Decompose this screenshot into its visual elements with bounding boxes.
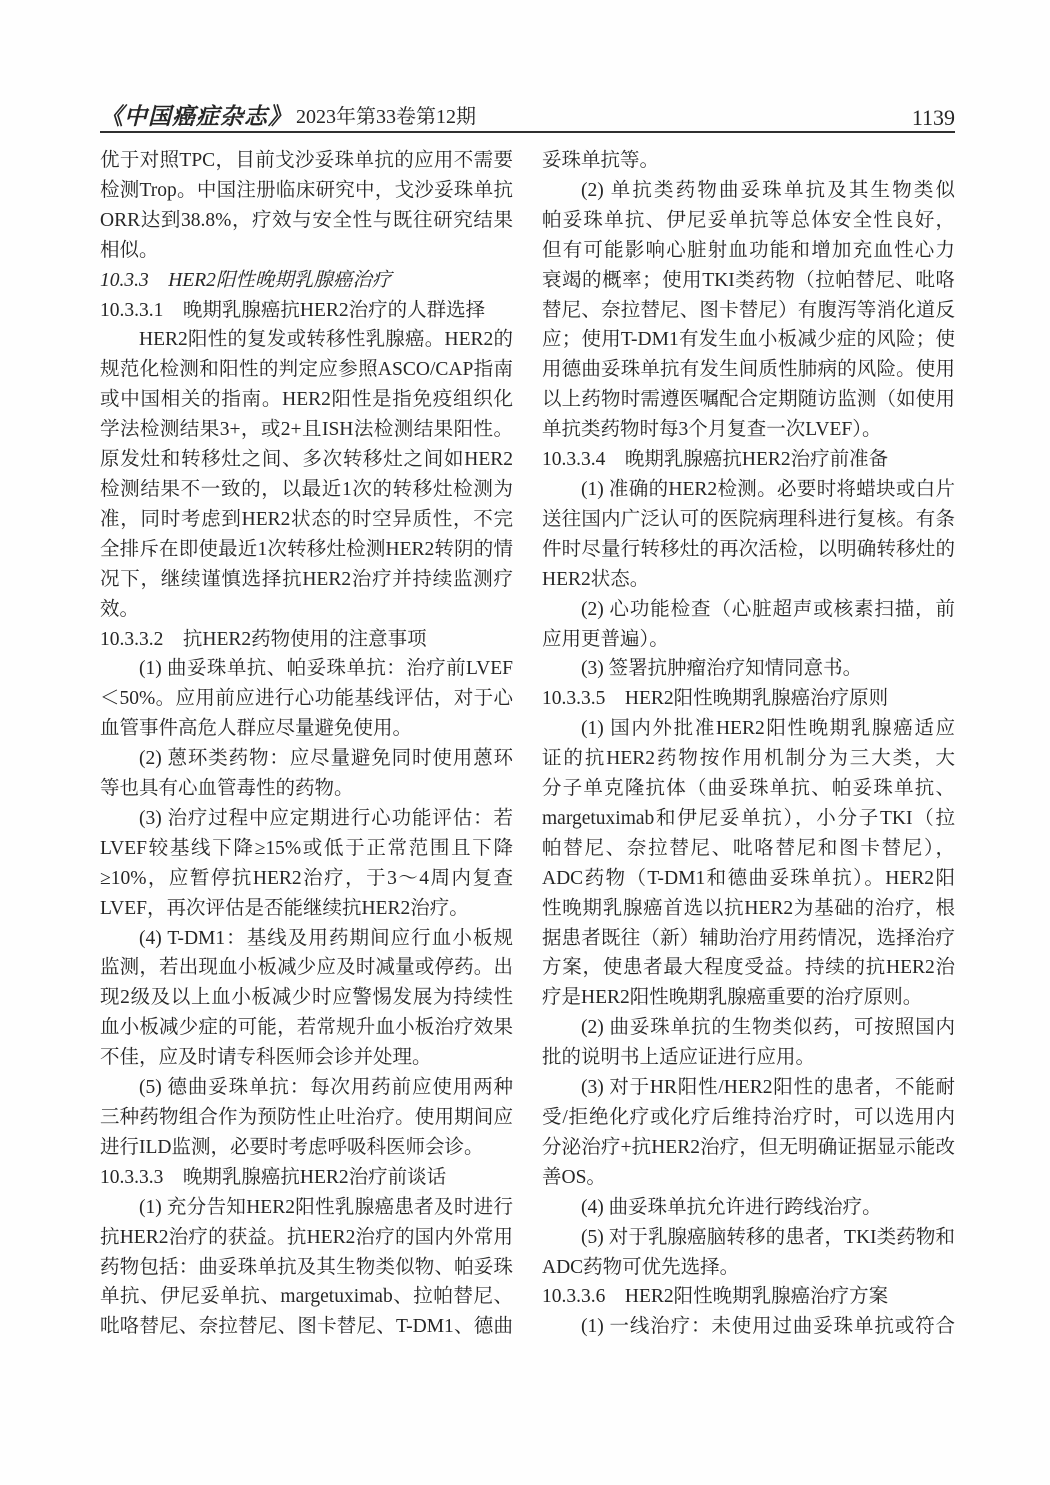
text-line: 况下，继续谨慎选择抗HER2治疗并持续监测疗: [100, 565, 513, 595]
text-line: ADC药物（T-DM1和德曲妥珠单抗）。HER2阳: [542, 864, 955, 894]
text-line: 方案，使患者最大程度受益。持续的抗HER2治: [542, 953, 955, 983]
text-line: ≥10%，应暂停抗HER2治疗，于3～4周内复查: [100, 864, 513, 894]
text-line: 相似。: [100, 236, 513, 266]
text-line: 件时尽量行转移灶的再次活检，以明确转移灶的: [542, 535, 955, 565]
text-line: 帕妥珠单抗、伊尼妥单抗等总体安全性良好，: [542, 206, 955, 236]
text-line: (2) 心功能检查（心脏超声或核素扫描，前者: [542, 595, 955, 625]
text-line: 准，同时考虑到HER2状态的时空异质性，不完: [100, 505, 513, 535]
text-line: 抗HER2治疗的获益。抗HER2治疗的国内外常用: [100, 1223, 513, 1253]
section-heading: 10.3.3.4 晚期乳腺癌抗HER2治疗前准备: [542, 445, 955, 475]
text-line: 妥珠单抗等。: [542, 146, 955, 176]
text-line: margetuximab和伊尼妥单抗），小分子TKI（拉: [542, 804, 955, 834]
text-line: (2) 单抗类药物曲妥珠单抗及其生物类似物、: [542, 176, 955, 206]
text-line: 应用更普遍）。: [542, 625, 955, 655]
text-line: LVEF较基线下降≥15%或低于正常范围且下降: [100, 834, 513, 864]
text-line: 衰竭的概率；使用TKI类药物（拉帕替尼、吡咯: [542, 266, 955, 296]
text-line: 帕替尼、奈拉替尼、吡咯替尼和图卡替尼），: [542, 834, 955, 864]
text-line: 证的抗HER2药物按作用机制分为三大类，大: [542, 744, 955, 774]
text-line: (1) 准确的HER2检测。必要时将蜡块或白片: [542, 475, 955, 505]
text-line: 进行ILD监测，必要时考虑呼吸科医师会诊。: [100, 1133, 513, 1163]
section-heading: 10.3.3.3 晚期乳腺癌抗HER2治疗前谈话: [100, 1163, 513, 1193]
column-left: 优于对照TPC，目前戈沙妥珠单抗的应用不需要检测Trop。中国注册临床研究中，戈…: [100, 146, 513, 1342]
text-line: 替尼、奈拉替尼、图卡替尼）有腹泻等消化道反: [542, 296, 955, 326]
text-line: 批的说明书上适应证进行应用。: [542, 1043, 955, 1073]
text-line: 善OS。: [542, 1163, 955, 1193]
text-line: (4) T-DM1：基线及用药期间应行血小板规范: [100, 924, 513, 954]
text-line: 检测结果不一致的，以最近1次的转移灶检测为: [100, 475, 513, 505]
journal-page: 《中国癌症杂志》 2023年第33卷第12期 1139 优于对照TPC，目前戈沙…: [0, 0, 1050, 1485]
text-line: 但有可能影响心脏射血功能和增加充血性心力: [542, 236, 955, 266]
text-line: 应；使用T-DM1有发生血小板减少症的风险；使: [542, 325, 955, 355]
text-line: 三种药物组合作为预防性止吐治疗。使用期间应: [100, 1103, 513, 1133]
text-line: 不佳，应及时请专科医师会诊并处理。: [100, 1043, 513, 1073]
text-line: 用德曲妥珠单抗有发生间质性肺病的风险。使用: [542, 355, 955, 385]
text-line: 性晚期乳腺癌首选以抗HER2为基础的治疗，根: [542, 894, 955, 924]
section-heading: 10.3.3.6 HER2阳性晚期乳腺癌治疗方案: [542, 1282, 955, 1312]
text-line: ADC药物可优先选择。: [542, 1253, 955, 1283]
text-line: 以上药物时需遵医嘱配合定期随访监测（如使用: [542, 385, 955, 415]
text-line: ＜50%。应用前应进行心功能基线评估，对于心: [100, 684, 513, 714]
text-line: LVEF，再次评估是否能继续抗HER2治疗。: [100, 894, 513, 924]
text-line: 分子单克隆抗体（曲妥珠单抗、帕妥珠单抗、: [542, 774, 955, 804]
text-line: 原发灶和转移灶之间、多次转移灶之间如HER2: [100, 445, 513, 475]
section-heading: 10.3.3.1 晚期乳腺癌抗HER2治疗的人群选择: [100, 296, 513, 326]
text-line: 全排斥在即使最近1次转移灶检测HER2转阴的情: [100, 535, 513, 565]
text-line: 受/拒绝化疗或化疗后维持治疗时，可以选用内: [542, 1103, 955, 1133]
text-line: (2) 蒽环类药物：应尽量避免同时使用蒽环类: [100, 744, 513, 774]
column-right: 妥珠单抗等。(2) 单抗类药物曲妥珠单抗及其生物类似物、帕妥珠单抗、伊尼妥单抗等…: [542, 146, 955, 1342]
text-line: 血管事件高危人群应尽量避免使用。: [100, 714, 513, 744]
text-line: 规范化检测和阳性的判定应参照ASCO/CAP指南: [100, 355, 513, 385]
text-line: HER2状态。: [542, 565, 955, 595]
text-line: (3) 对于HR阳性/HER2阳性的患者，不能耐: [542, 1073, 955, 1103]
section-heading: 10.3.3.5 HER2阳性晚期乳腺癌治疗原则: [542, 684, 955, 714]
text-line: (1) 国内外批准HER2阳性晚期乳腺癌适应: [542, 714, 955, 744]
text-line: (4) 曲妥珠单抗允许进行跨线治疗。: [542, 1193, 955, 1223]
text-line: HER2阳性的复发或转移性乳腺癌。HER2的: [100, 325, 513, 355]
text-line: (5) 对于乳腺癌脑转移的患者，TKI类药物和: [542, 1223, 955, 1253]
text-line: 检测Trop。中国注册临床研究中，戈沙妥珠单抗: [100, 176, 513, 206]
text-line: (1) 曲妥珠单抗、帕妥珠单抗：治疗前LVEF: [100, 654, 513, 684]
text-line: 优于对照TPC，目前戈沙妥珠单抗的应用不需要: [100, 146, 513, 176]
text-line: 疗是HER2阳性晚期乳腺癌重要的治疗原则。: [542, 983, 955, 1013]
text-line: 学法检测结果3+，或2+且ISH法检测结果阳性。: [100, 415, 513, 445]
text-line: 分泌治疗+抗HER2治疗，但无明确证据显示能改: [542, 1133, 955, 1163]
page-header: 《中国癌症杂志》 2023年第33卷第12期 1139: [100, 100, 955, 133]
text-line: 或中国相关的指南。HER2阳性是指免疫组织化: [100, 385, 513, 415]
text-line: 血小板减少症的可能，若常规升血小板治疗效果: [100, 1013, 513, 1043]
section-heading: 10.3.3 HER2阳性晚期乳腺癌治疗: [100, 266, 513, 296]
text-line: (5) 德曲妥珠单抗：每次用药前应使用两种或: [100, 1073, 513, 1103]
text-line: 药物包括：曲妥珠单抗及其生物类似物、帕妥珠: [100, 1253, 513, 1283]
text-line: 监测，若出现血小板减少应及时减量或停药。出: [100, 953, 513, 983]
text-line: 等也具有心血管毒性的药物。: [100, 774, 513, 804]
page-number: 1139: [912, 106, 955, 129]
section-heading: 10.3.3.2 抗HER2药物使用的注意事项: [100, 625, 513, 655]
text-line: (3) 签署抗肿瘤治疗知情同意书。: [542, 654, 955, 684]
text-line: 吡咯替尼、奈拉替尼、图卡替尼、T-DM1、德曲: [100, 1312, 513, 1342]
journal-title: 《中国癌症杂志》: [100, 105, 292, 129]
text-line: 据患者既往（新）辅助治疗用药情况，选择治疗: [542, 924, 955, 954]
text-line: 单抗类药物时每3个月复查一次LVEF）。: [542, 415, 955, 445]
text-line: (3) 治疗过程中应定期进行心功能评估：若: [100, 804, 513, 834]
text-line: (1) 一线治疗：未使用过曲妥珠单抗或符合: [542, 1312, 955, 1342]
text-line: (2) 曲妥珠单抗的生物类似药，可按照国内获: [542, 1013, 955, 1043]
text-line: 单抗、伊尼妥单抗、margetuximab、拉帕替尼、: [100, 1282, 513, 1312]
text-line: 效。: [100, 595, 513, 625]
issue-info: 2023年第33卷第12期: [296, 106, 476, 129]
text-line: ORR达到38.8%，疗效与安全性与既往研究结果: [100, 206, 513, 236]
text-line: 现2级及以上血小板减少时应警惕发展为持续性: [100, 983, 513, 1013]
text-line: (1) 充分告知HER2阳性乳腺癌患者及时进行: [100, 1193, 513, 1223]
header-left: 《中国癌症杂志》 2023年第33卷第12期: [100, 105, 476, 129]
text-line: 送往国内广泛认可的医院病理科进行复核。有条: [542, 505, 955, 535]
